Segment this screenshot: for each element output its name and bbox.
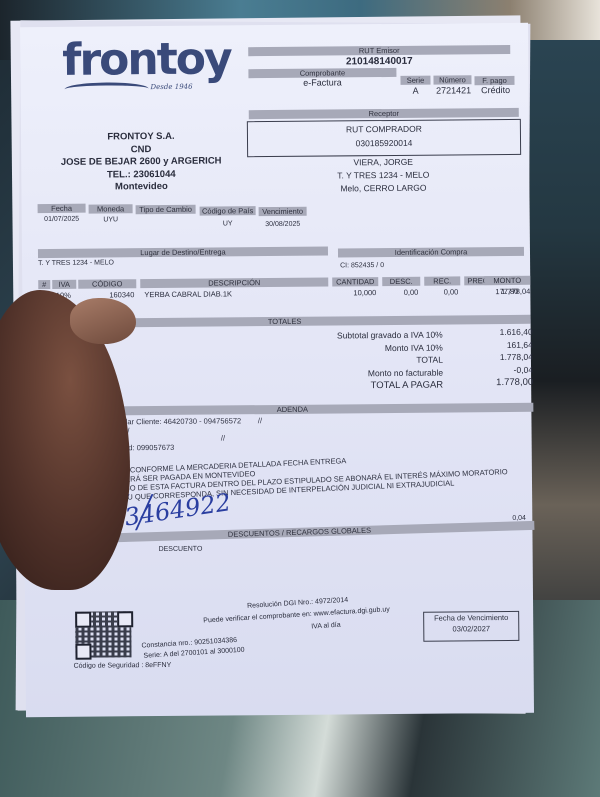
identificacion-label: Identificación Compra (338, 247, 524, 258)
logo-tagline: Desde 1946 (151, 83, 193, 91)
totals-row-value: 1.778,00 (453, 377, 533, 389)
destino-value: T. Y TRES 1234 - MELO (38, 259, 114, 267)
brand-logo: frontoy (62, 33, 231, 85)
fecha-vencimiento-box: Fecha de Vencimiento 03/02/2027 (423, 611, 519, 642)
items-header-cell: DESCRIPCIÓN (140, 278, 328, 289)
totals-row-value: -0,04 (453, 364, 533, 375)
issuer-city: Montevideo (46, 180, 236, 194)
qr-corner-icon (75, 644, 91, 660)
items-header-cell: CANTIDAD (332, 277, 378, 286)
totals-row-value: 1.778,04 (453, 352, 533, 363)
rut-emisor-value: 210148140017 (248, 55, 510, 68)
tipo-cambio-label: Tipo de Cambio (136, 205, 196, 215)
fecha-label: Fecha (38, 204, 86, 213)
table-cell: 1.778,04 (484, 287, 530, 296)
totals-row-label: Subtotal gravado a IVA 10% (243, 330, 443, 342)
fecha-vencimiento-value: 03/02/2027 (424, 623, 518, 635)
items-header-cell: CÓDIGO (78, 279, 136, 289)
totals-row-label: TOTAL (243, 355, 443, 367)
fpago-value: Crédito (475, 85, 517, 95)
iva-al-dia: IVA al día (311, 622, 341, 631)
items-header-cell: IVA (52, 280, 76, 289)
fecha-value: 01/07/2025 (38, 216, 86, 223)
table-cell: 0,00 (424, 287, 458, 296)
receptor-address: T. Y TRES 1234 - MELO (247, 169, 519, 181)
logo-swoosh-icon (64, 82, 148, 96)
codigo-seguridad: Código de Seguridad : 8eFFNY (74, 662, 172, 670)
fpago-label: F. pago (474, 76, 514, 85)
verificar-comprobante: Puede verificar el comprobante en: www.e… (203, 606, 390, 624)
table-cell: YERBA CABRAL DIAB.1K (140, 289, 330, 300)
descuento-item: DESCUENTO (159, 546, 203, 553)
items-header-cell: DESC. (382, 277, 420, 286)
numero-value: 2721421 (434, 85, 474, 95)
items-header-cell: REC. (424, 276, 460, 285)
table-cell: 10,000 (332, 288, 376, 297)
qr-corner-icon (75, 612, 91, 628)
resolucion-dgi: Resolución DGI Nro.: 4972/2014 (247, 597, 348, 610)
items-header-cell: # (38, 280, 50, 289)
receptor-rut-label: RUT COMPRADOR (248, 123, 520, 135)
receptor-rut-value: 030185920014 (248, 137, 520, 149)
issuer-address: JOSE DE BEJAR 2600 y ARGERICH (46, 155, 236, 169)
codigo-pais-label: Código de País (200, 206, 256, 215)
codigo-pais-value: UY (200, 220, 256, 227)
vencimiento-label: Vencimiento (259, 207, 307, 216)
receptor-rut-box: RUT COMPRADOR 030185920014 (247, 119, 521, 157)
receptor-city: Melo, CERRO LARGO (247, 182, 519, 194)
issuer-block: FRONTOY S.A. CND JOSE DE BEJAR 2600 y AR… (46, 130, 237, 194)
qr-corner-icon (117, 611, 133, 627)
moneda-label: Moneda (89, 204, 133, 213)
receptor-label: Receptor (249, 108, 519, 119)
destino-label: Lugar de Destino/Entrega (38, 247, 328, 259)
fecha-vencimiento-label: Fecha de Vencimiento (424, 612, 518, 624)
totals-row-value: 1.616,40 (453, 327, 533, 338)
items-header-cell: MONTO (484, 276, 530, 285)
identificacion-value: CI: 852435 / 0 (340, 262, 384, 269)
totals-row-label: Monto IVA 10% (243, 342, 443, 354)
serie-value: A (401, 86, 431, 96)
totals-row-label: TOTAL A PAGAR (243, 380, 443, 393)
table-cell: 0,00 (382, 288, 418, 297)
totals-row-value: 161,64 (453, 339, 533, 350)
totals-row-label: Monto no facturable (243, 367, 443, 379)
descuentos-value: 0,04 (512, 515, 526, 522)
comprobante-value: e-Factura (248, 77, 396, 88)
moneda-value: UYU (89, 216, 133, 223)
background-dashboard (530, 40, 600, 660)
serie-label: Serie (400, 76, 430, 85)
receptor-name: VIERA, JORGE (247, 156, 519, 168)
vencimiento-value: 30/08/2025 (259, 221, 307, 228)
thumb (70, 298, 136, 344)
numero-label: Número (433, 75, 471, 84)
